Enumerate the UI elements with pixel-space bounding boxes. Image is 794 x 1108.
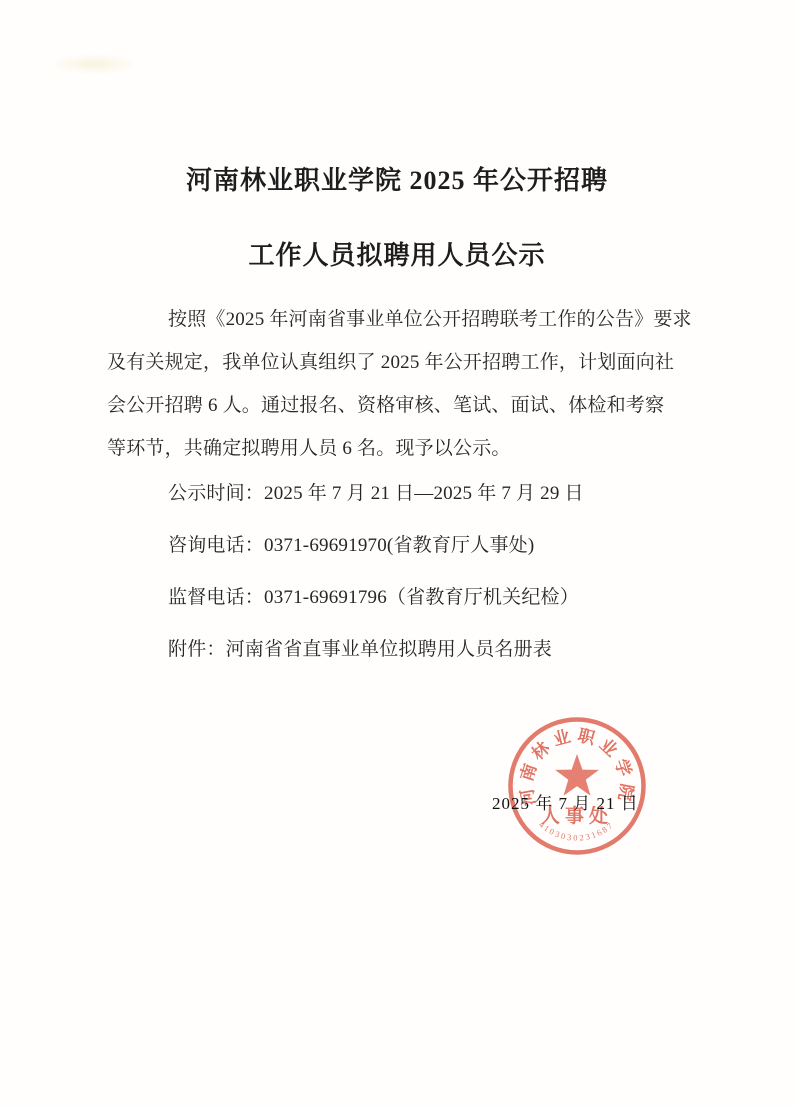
paragraph-line-4: 等环节，共确定拟聘用人员 6 名。现予以公示。 [107,435,511,463]
info-line-public-notice-period: 公示时间：2025 年 7 月 21 日—2025 年 7 月 29 日 [168,480,584,508]
sign-date: 2025 年 7 月 21 日 [492,789,639,814]
info-line-attachment: 附件：河南省省直事业单位拟聘用人员名册表 [168,636,552,664]
paragraph-line-1: 按照《2025 年河南省事业单位公开招聘联考工作的公告》要求 [168,306,692,334]
info-line-consult-phone: 咨询电话：0371-69691970(省教育厅人事处) [168,532,534,560]
official-seal: 河南林业职业学院 人事处 4103030231687 [504,713,650,859]
paragraph-line-3: 会公开招聘 6 人。通过报名、资格审核、笔试、面试、体检和考察 [107,392,664,420]
document-title-line-1: 河南林业职业学院 2025 年公开招聘 [0,160,794,197]
info-line-supervision-phone: 监督电话：0371-69691796（省教育厅机关纪检） [168,584,579,612]
document-title-line-2: 工作人员拟聘用人员公示 [0,235,794,272]
scan-smudge [55,56,133,72]
paragraph-line-2: 及有关规定，我单位认真组织了 2025 年公开招聘工作，计划面向社 [107,349,674,377]
document-page: 河南林业职业学院 2025 年公开招聘 工作人员拟聘用人员公示 按照《2025 … [0,0,794,1108]
